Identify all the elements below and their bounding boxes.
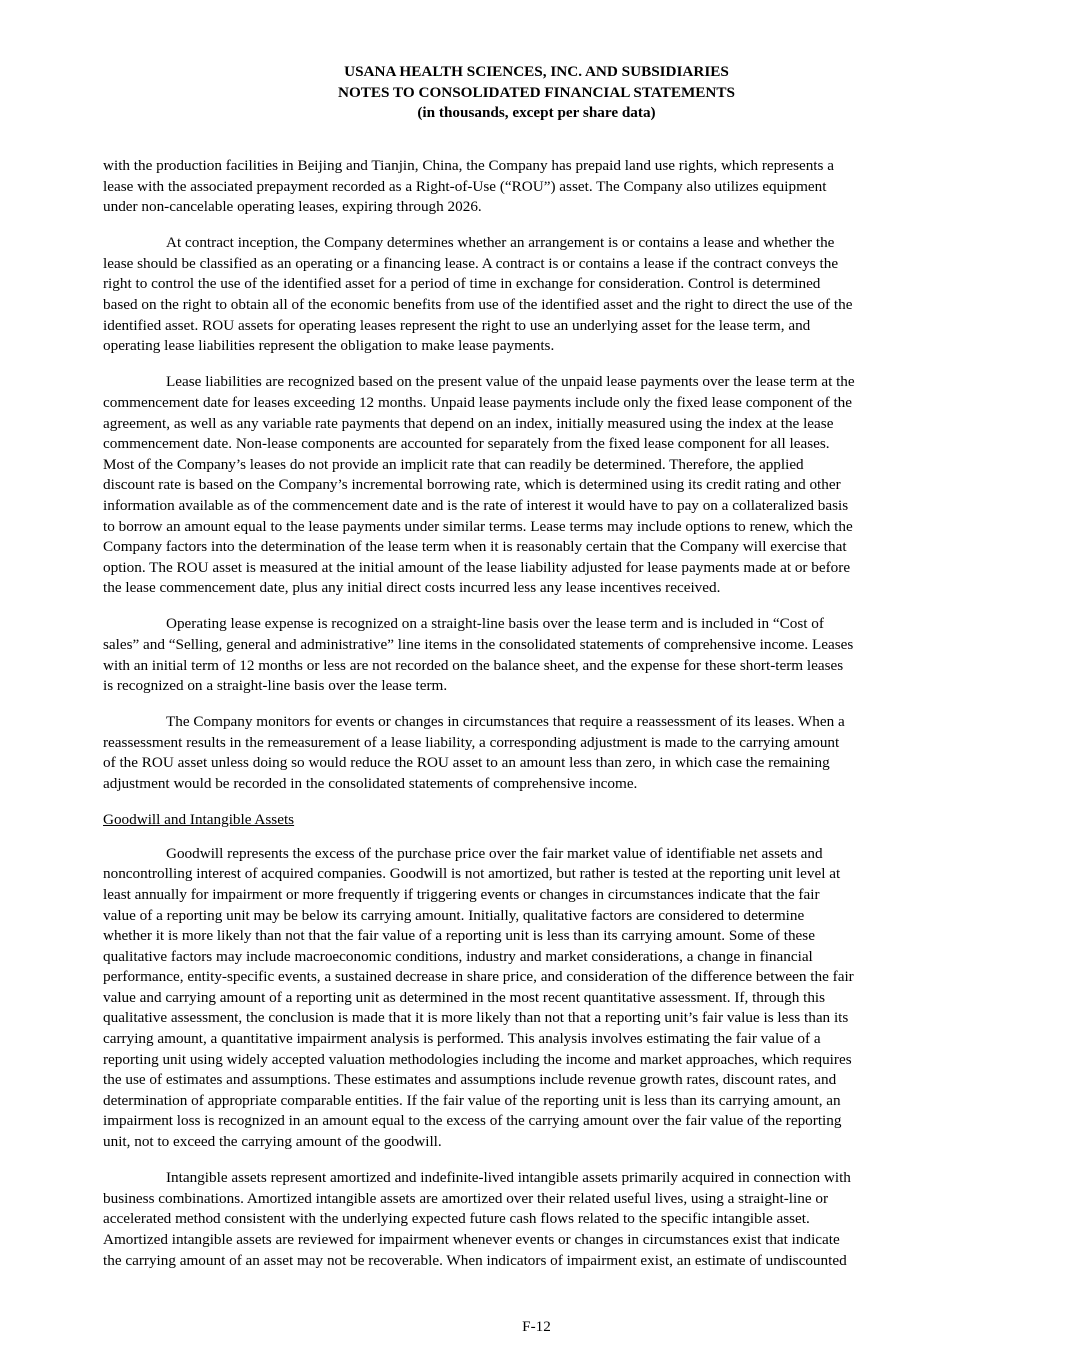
text-line: the use of estimates and assumptions. Th…	[103, 1070, 983, 1091]
page-number: F-12	[0, 1318, 1073, 1336]
text-line: impairment loss is recognized in an amou…	[103, 1111, 983, 1132]
paragraph-lease-liabilities: Lease liabilities are recognized based o…	[103, 372, 983, 599]
text-line: based on the right to obtain all of the …	[103, 295, 983, 316]
text-line: operating lease liabilities represent th…	[103, 336, 983, 357]
text-line: commencement date for leases exceeding 1…	[103, 393, 983, 414]
text-line: sales” and “Selling, general and adminis…	[103, 635, 983, 656]
text-line: information available as of the commence…	[103, 496, 983, 517]
company-name-heading: USANA HEALTH SCIENCES, INC. AND SUBSIDIA…	[0, 62, 1073, 83]
paragraph-rou-land-use: with the production facilities in Beijin…	[103, 156, 983, 218]
text-line: discount rate is based on the Company’s …	[103, 475, 983, 496]
text-line: performance, entity-specific events, a s…	[103, 967, 983, 988]
text-line: commencement date. Non-lease components …	[103, 434, 983, 455]
text-line: the lease commencement date, plus any in…	[103, 578, 983, 599]
text-line: with the production facilities in Beijin…	[103, 156, 983, 177]
section-heading-goodwill: Goodwill and Intangible Assets	[103, 810, 983, 831]
text-line: whether it is more likely than not that …	[103, 926, 983, 947]
text-line: agreement, as well as any variable rate …	[103, 414, 983, 435]
paragraph-intangible-assets: Intangible assets represent amortized an…	[103, 1168, 983, 1271]
text-line: qualitative factors may include macroeco…	[103, 947, 983, 968]
text-line: option. The ROU asset is measured at the…	[103, 558, 983, 579]
text-line: Intangible assets represent amortized an…	[103, 1168, 983, 1189]
text-line: lease with the associated prepayment rec…	[103, 177, 983, 198]
text-line: qualitative assessment, the conclusion i…	[103, 1008, 983, 1029]
units-subtitle: (in thousands, except per share data)	[0, 103, 1073, 124]
text-line: value and carrying amount of a reporting…	[103, 988, 983, 1009]
text-line: Goodwill represents the excess of the pu…	[103, 844, 983, 865]
text-line: with an initial term of 12 months or les…	[103, 656, 983, 677]
text-line: Amortized intangible assets are reviewed…	[103, 1230, 983, 1251]
text-line: of the ROU asset unless doing so would r…	[103, 753, 983, 774]
text-line: accelerated method consistent with the u…	[103, 1209, 983, 1230]
text-line: the carrying amount of an asset may not …	[103, 1251, 983, 1272]
notes-title-heading: NOTES TO CONSOLIDATED FINANCIAL STATEMEN…	[0, 83, 1073, 104]
paragraph-contract-inception: At contract inception, the Company deter…	[103, 233, 983, 357]
paragraph-operating-lease-expense: Operating lease expense is recognized on…	[103, 614, 983, 696]
text-line: noncontrolling interest of acquired comp…	[103, 864, 983, 885]
text-line: Lease liabilities are recognized based o…	[103, 372, 983, 393]
text-line: adjustment would be recorded in the cons…	[103, 774, 983, 795]
paragraph-lease-reassessment: The Company monitors for events or chang…	[103, 712, 983, 794]
text-line: determination of appropriate comparable …	[103, 1091, 983, 1112]
text-line: The Company monitors for events or chang…	[103, 712, 983, 733]
text-line: under non-cancelable operating leases, e…	[103, 197, 983, 218]
document-body: with the production facilities in Beijin…	[103, 156, 983, 1287]
text-line: value of a reporting unit may be below i…	[103, 906, 983, 927]
text-line: unit, not to exceed the carrying amount …	[103, 1132, 983, 1153]
text-line: At contract inception, the Company deter…	[103, 233, 983, 254]
text-line: least annually for impairment or more fr…	[103, 885, 983, 906]
text-line: is recognized on a straight-line basis o…	[103, 676, 983, 697]
text-line: carrying amount, a quantitative impairme…	[103, 1029, 983, 1050]
text-line: right to control the use of the identifi…	[103, 274, 983, 295]
text-line: Company factors into the determination o…	[103, 537, 983, 558]
paragraph-goodwill: Goodwill represents the excess of the pu…	[103, 844, 983, 1153]
text-line: Operating lease expense is recognized on…	[103, 614, 983, 635]
page-header: USANA HEALTH SCIENCES, INC. AND SUBSIDIA…	[0, 62, 1073, 124]
text-line: to borrow an amount equal to the lease p…	[103, 517, 983, 538]
text-line: identified asset. ROU assets for operati…	[103, 316, 983, 337]
text-line: reassessment results in the remeasuremen…	[103, 733, 983, 754]
text-line: Most of the Company’s leases do not prov…	[103, 455, 983, 476]
text-line: business combinations. Amortized intangi…	[103, 1189, 983, 1210]
text-line: reporting unit using widely accepted val…	[103, 1050, 983, 1071]
text-line: lease should be classified as an operati…	[103, 254, 983, 275]
